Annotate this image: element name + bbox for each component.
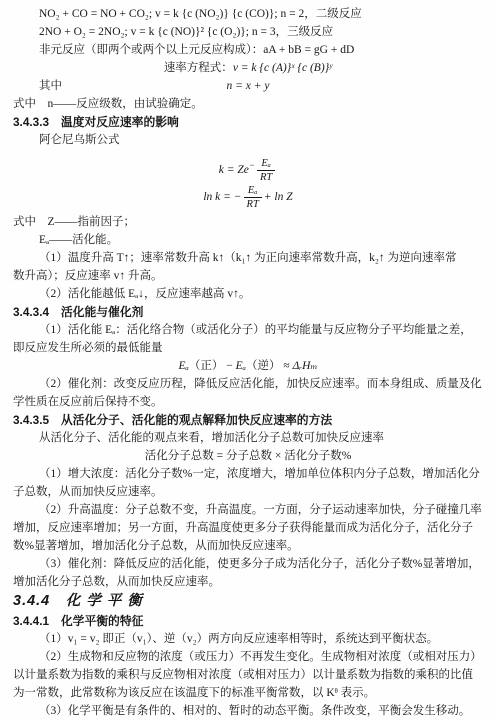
section-heading-3441: 3.4.4.1 化学平衡的特征 xyxy=(13,612,483,630)
arrhenius-label: 阿仑尼乌斯公式 xyxy=(13,131,483,149)
arrhenius-ln-lhs: ln k = − xyxy=(203,191,241,203)
equilibrium-point2-line1: （2）生成物和反应物的浓度（或压力）不再发生变化。生成物相对浓度（或相对压力） xyxy=(13,648,483,666)
arrhenius-ln-fraction: EₐRT xyxy=(244,184,262,211)
activation-def-line2: 即反应发生所必须的最低能量 xyxy=(13,339,483,357)
rate-equation-math: v = k {c (A)}ˣ {c (B)}ʸ xyxy=(233,62,332,74)
temperature-point-line1: （2）升高温度：分子总数不变，升高温度。一方面，分子运动速率加快，分子碰撞几率 xyxy=(13,501,483,519)
explain-intro: 从活化分子、活化能的观点来看，增加活化分子总数可加快反应速率 xyxy=(13,429,483,447)
order-sum-line: 其中 n = x + y xyxy=(13,77,483,95)
temperature-point-line3: 数%显著增加，增加活化分子总数，从而加快反应速率。 xyxy=(13,537,483,555)
arrhenius-k-lhs: k = Ze xyxy=(219,164,249,176)
ea-reverse-label: （逆） xyxy=(246,360,281,372)
activation-def-line1: （1）活化能 Eₐ：活化络合物（或活化分子）的平均能量与反应物分子平均能量之差， xyxy=(13,321,483,339)
scanned-textbook-page: NO₂ + CO = NO + CO₂; v = k {c (NO₂)} {c … xyxy=(0,0,495,723)
temperature-point1-line1: （1）温度升高 T↑；速率常数升高 k↑（k₁↑ 为正向速率常数升高，k₂↑ 为… xyxy=(13,249,483,267)
arrhenius-k-exponent-sign: − xyxy=(249,160,255,170)
arrhenius-ln-equation: ln k = −EₐRT+ ln Z xyxy=(13,181,483,213)
arrhenius-k-fraction: EₐRT xyxy=(257,157,275,184)
non-elementary-reaction: 非元反应（即两个或两个以上元反应构成）：aA + bB = gG + dD xyxy=(13,41,483,59)
order-note: 式中 n——反应级数，由试验确定。 xyxy=(13,95,483,113)
activation-energy-note: Eₐ——活化能。 xyxy=(13,231,483,249)
temperature-point2: （2）活化能越低 Eₐ↓，反应速率越高 v↑。 xyxy=(13,285,483,303)
arrhenius-ln-numerator: Eₐ xyxy=(244,184,262,198)
section-heading-3433: 3.4.3.3 温度对反应速率的影响 xyxy=(13,113,483,131)
minus-sign: − xyxy=(223,360,235,372)
ea-relation-formula: Eₐ（正） − Eₐ（逆） ≈ ΔᵣHₘ xyxy=(13,357,483,375)
section-heading-3435: 3.4.3.5 从活化分子、活化能的观点解释加快反应速率的方法 xyxy=(13,411,483,429)
temperature-point1-line2: 数升高）；反应速率 v↑ 升高。 xyxy=(13,267,483,285)
ea-forward-symbol: Eₐ xyxy=(178,360,188,372)
temperature-point-line2: 增加，反应速率增加；另一方面，升高温度使更多分子获得能量而成为活化分子，活化分子 xyxy=(13,519,483,537)
rate-equation-line: 速率方程式：v = k {c (A)}ˣ {c (B)}ʸ xyxy=(13,59,483,77)
arrhenius-k-numerator: Eₐ xyxy=(257,157,275,171)
delta-rh-symbol: ΔᵣHₘ xyxy=(293,360,318,372)
arrhenius-ln-rhs: + ln Z xyxy=(264,191,293,203)
approx-sign: ≈ xyxy=(281,360,293,372)
rate-law-third-order: 2NO + O₂ = 2NO₂; v = k {c (NO)}² {c (O₂)… xyxy=(13,23,483,41)
arrhenius-ln-denominator: RT xyxy=(244,198,262,211)
section-heading-344: 3.4.4 化 学 平 衡 xyxy=(13,591,483,612)
z-factor-note: 式中 Z——指前因子； xyxy=(13,213,483,231)
concentration-point-line2: 子总数，从而加快反应速率。 xyxy=(13,483,483,501)
rate-law-second-order: NO₂ + CO = NO + CO₂; v = k {c (NO₂)} {c … xyxy=(13,5,483,23)
equilibrium-point1: （1）v₁ = v₂ 即正（v₁）、逆（v₂）两方向反应速率相等时，系统达到平衡… xyxy=(13,630,483,648)
arrhenius-k-equation: k = Ze−EₐRT xyxy=(13,149,483,181)
section-heading-3434: 3.4.3.4 活化能与催化剂 xyxy=(13,303,483,321)
ea-forward-label: （正） xyxy=(189,360,224,372)
equilibrium-point3: （3）化学平衡是有条件的、相对的、暂时的动态平衡。条件改变，平衡会发生移动。 xyxy=(13,702,483,720)
equilibrium-point2-line2: 以计量系数为指数的乘积与反应物相对浓度（或相对压力）以计量系数为指数的乘积的比值 xyxy=(13,666,483,684)
activated-molecules-formula: 活化分子总数 = 分子总数 × 活化分子数% xyxy=(13,447,483,465)
catalyst-def-line2: 学性质在反应前后保持不变。 xyxy=(13,393,483,411)
concentration-point-line1: （1）增大浓度：活化分子数%一定，浓度增大，增加单位体积内分子总数，增加活化分 xyxy=(13,465,483,483)
ea-reverse-symbol: Eₐ xyxy=(236,360,246,372)
rate-equation-label: 速率方程式： xyxy=(164,62,233,74)
equilibrium-point2-line3: 为一常数，此常数称为该反应在该温度下的标准平衡常数，以 Kᶿ 表示。 xyxy=(13,684,483,702)
catalyst-point-line1: （3）催化剂：降低反应的活化能，使更多分子成为活化分子，活化分子数%显著增加， xyxy=(13,555,483,573)
catalyst-point-line2: 增加活化分子总数，从而加快反应速率。 xyxy=(13,573,483,591)
catalyst-def-line1: （2）催化剂：改变反应历程，降低反应活化能，加快反应速率。而本身组成、质量及化 xyxy=(13,375,483,393)
order-sum-formula: n = x + y xyxy=(13,77,483,95)
